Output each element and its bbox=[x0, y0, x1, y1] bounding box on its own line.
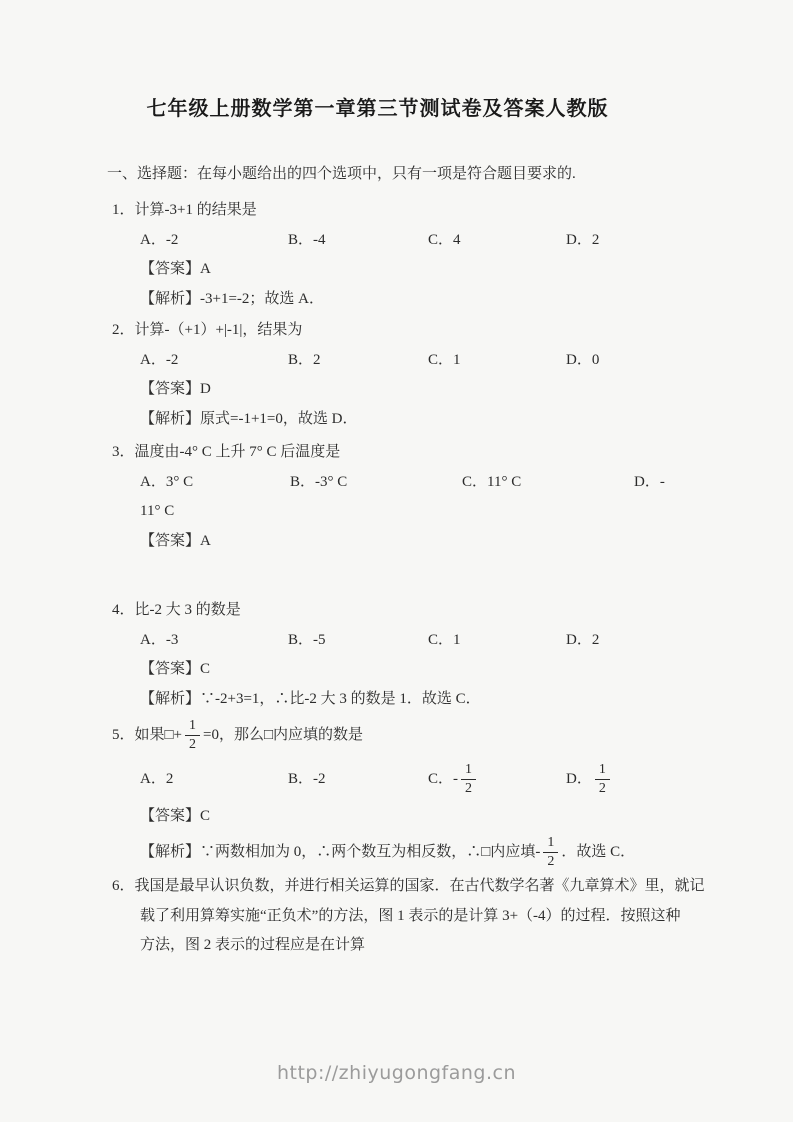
question-4-text: 4．比-2 大 3 的数是 bbox=[112, 596, 722, 626]
question-6-line-2: 载了利用算筹实施“正负术”的方法，图 1 表示的是计算 3+（-4）的过程．按照… bbox=[112, 902, 722, 932]
option-d: D．12 bbox=[566, 756, 613, 802]
fraction: 12 bbox=[461, 762, 476, 797]
option-b: B．-3° C bbox=[290, 468, 347, 498]
question-4: 4．比-2 大 3 的数是 A．-3 B．-5 C．1 D．2 【答案】C 【解… bbox=[112, 596, 722, 714]
fraction-numerator: 1 bbox=[595, 762, 610, 780]
answer-line: 【答案】A bbox=[112, 527, 722, 557]
question-1: 1．计算-3+1 的结果是 A．-2 B．-4 C．4 D．2 【答案】A 【解… bbox=[112, 196, 722, 314]
fraction-numerator: 1 bbox=[461, 762, 476, 780]
fraction-denominator: 2 bbox=[461, 780, 476, 797]
option-b: B．-2 bbox=[288, 756, 326, 802]
page-title: 七年级上册数学第一章第三节测试卷及答案人教版 bbox=[0, 92, 755, 121]
document-page: 七年级上册数学第一章第三节测试卷及答案人教版 一、选择题：在每小题给出的四个选项… bbox=[0, 0, 793, 1122]
question-2: 2．计算-（+1）+|-1|，结果为 A．-2 B．2 C．1 D．0 【答案】… bbox=[112, 316, 722, 434]
fraction: 12 bbox=[595, 762, 610, 797]
option-b: B．2 bbox=[288, 346, 321, 376]
question-2-options: A．-2 B．2 C．1 D．0 bbox=[112, 346, 722, 376]
analysis-before: 【解析】∵两数相加为 0，∴两个数互为相反数，∴□内应填- bbox=[140, 844, 540, 860]
section-heading: 一、选择题：在每小题给出的四个选项中，只有一项是符合题目要求的. bbox=[107, 160, 576, 190]
option-d: D．2 bbox=[566, 226, 599, 256]
question-5: 5．如果□+12=0，那么□内应填的数是 A．2 B．-2 C．-12 D．12… bbox=[112, 714, 722, 872]
option-a: A．3° C bbox=[140, 468, 193, 498]
option-b: B．-4 bbox=[288, 226, 326, 256]
fraction-denominator: 2 bbox=[543, 853, 558, 870]
option-c: C．1 bbox=[428, 626, 461, 656]
watermark-url: http://zhiyugongfang.cn bbox=[0, 1062, 793, 1084]
question-5-text-after: =0，那么□内应填的数是 bbox=[203, 727, 363, 743]
fraction: 12 bbox=[185, 718, 200, 753]
option-a: A．-3 bbox=[140, 626, 178, 656]
question-6: 6．我国是最早认识负数，并进行相关运算的国家．在古代数学名著《九章算术》里，就记… bbox=[112, 872, 722, 961]
option-a: A．-2 bbox=[140, 346, 178, 376]
analysis-line: 【解析】原式=-1+1=0，故选 D． bbox=[112, 405, 722, 435]
analysis-line: 【解析】∵-2+3=1，∴比-2 大 3 的数是 1．故选 C． bbox=[112, 685, 722, 715]
fraction-denominator: 2 bbox=[185, 736, 200, 753]
question-6-line-1: 6．我国是最早认识负数，并进行相关运算的国家．在古代数学名著《九章算术》里，就记 bbox=[112, 872, 722, 902]
question-3-text: 3．温度由-4° C 上升 7° C 后温度是 bbox=[112, 438, 722, 468]
fraction: 12 bbox=[543, 835, 558, 870]
question-5-text: 5．如果□+12=0，那么□内应填的数是 bbox=[112, 714, 722, 756]
option-d: D．- bbox=[634, 468, 665, 498]
answer-line: 【答案】C bbox=[112, 655, 722, 685]
question-6-line-3: 方法，图 2 表示的过程应是在计算 bbox=[112, 931, 722, 961]
option-c: C．11° C bbox=[462, 468, 521, 498]
question-2-text: 2．计算-（+1）+|-1|，结果为 bbox=[112, 316, 722, 346]
option-a: A．2 bbox=[140, 756, 173, 802]
analysis-line: 【解析】-3+1=-2；故选 A． bbox=[112, 285, 722, 315]
analysis-after: ．故选 C． bbox=[561, 844, 635, 860]
option-c: C．4 bbox=[428, 226, 461, 256]
option-d: D．0 bbox=[566, 346, 599, 376]
option-d-wrap: 11° C bbox=[112, 497, 722, 527]
question-5-options: A．2 B．-2 C．-12 D．12 bbox=[112, 756, 722, 802]
answer-line: 【答案】C bbox=[112, 802, 722, 832]
question-1-options: A．-2 B．-4 C．4 D．2 bbox=[112, 226, 722, 256]
fraction-numerator: 1 bbox=[185, 718, 200, 736]
question-3: 3．温度由-4° C 上升 7° C 后温度是 A．3° C B．-3° C C… bbox=[112, 438, 722, 556]
question-4-options: A．-3 B．-5 C．1 D．2 bbox=[112, 626, 722, 656]
question-5-text-before: 5．如果□+ bbox=[112, 727, 182, 743]
answer-line: 【答案】D bbox=[112, 375, 722, 405]
question-3-options: A．3° C B．-3° C C．11° C D．- bbox=[112, 468, 722, 498]
analysis-line: 【解析】∵两数相加为 0，∴两个数互为相反数，∴□内应填-12．故选 C． bbox=[112, 832, 722, 872]
fraction-denominator: 2 bbox=[595, 780, 610, 797]
option-c: C．1 bbox=[428, 346, 461, 376]
option-a: A．-2 bbox=[140, 226, 178, 256]
question-1-text: 1．计算-3+1 的结果是 bbox=[112, 196, 722, 226]
option-c: C．-12 bbox=[428, 756, 479, 802]
option-d: D．2 bbox=[566, 626, 599, 656]
option-b: B．-5 bbox=[288, 626, 326, 656]
fraction-numerator: 1 bbox=[543, 835, 558, 853]
answer-line: 【答案】A bbox=[112, 255, 722, 285]
